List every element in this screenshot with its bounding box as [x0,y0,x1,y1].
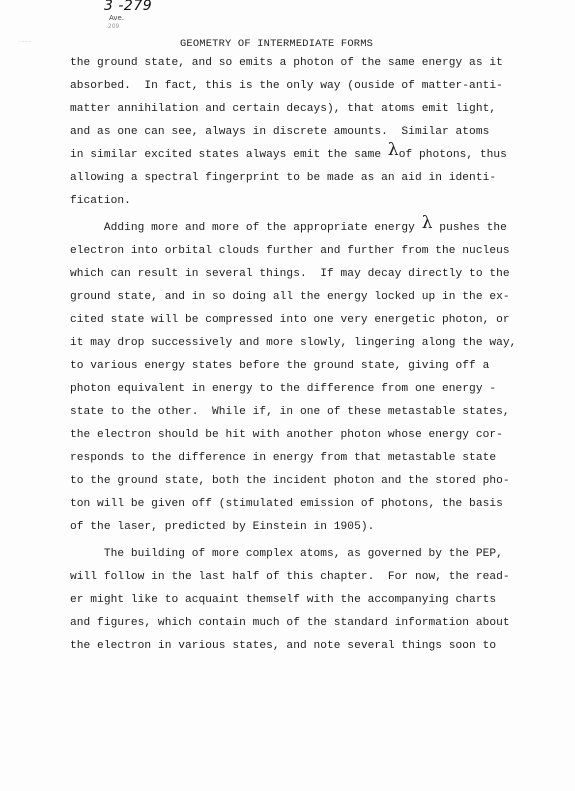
text-line: matter annihilation and certain decays),… [70,103,496,115]
text-line: which can result in several things. If m… [70,268,510,280]
archive-stamp-number: 3 -279 [104,0,152,14]
text-line: of the laser, predicted by Einstein in 1… [70,521,374,533]
text-line: er might like to acquaint themself with … [70,594,496,606]
text-line: fication. [70,195,131,207]
text-line: in similar excited states always emit th… [70,149,507,161]
text-line: photon equivalent in energy to the diffe… [70,383,496,395]
text-line: the electron should be hit with another … [70,429,503,441]
text-line: The building of more complex atoms, as g… [70,548,503,560]
text-line: cited state will be compressed into one … [70,314,510,326]
text-line: it may drop successively and more slowly… [70,337,516,349]
archive-stamp-label: Ave. [109,14,124,22]
text-line: to the ground state, both the incident p… [70,475,510,487]
text-line: responds to the difference in energy fro… [70,452,496,464]
text-line: Adding more and more of the appropriate … [70,222,507,234]
text-line: will follow in the last half of this cha… [70,571,510,583]
archive-stamp-sub: .209 [106,23,119,30]
lambda-symbol: λ [422,213,433,233]
text-line: to various energy states before the grou… [70,360,489,372]
document-page: 3 -279 Ave. .209 ···-·-·- GEOMETRY OF IN… [0,0,575,791]
text-segment: in similar excited states always emit th… [70,149,388,161]
text-line: ground state, and in so doing all the en… [70,291,510,303]
text-line: ton will be given off (stimulated emissi… [70,498,503,510]
text-line: and figures, which contain much of the s… [70,617,510,629]
text-line: electron into orbital clouds further and… [70,245,510,257]
text-line: and as one can see, always in discrete a… [70,126,489,138]
text-line: state to the other. While if, in one of … [70,406,510,418]
text-segment: of photons, thus [399,149,507,161]
text-line: the ground state, and so emits a photon … [70,57,503,69]
text-segment: pushes the [433,222,507,234]
lambda-symbol: λ [388,140,399,160]
text-line: absorbed. In fact, this is the only way … [70,80,503,92]
text-line: the electron in various states, and note… [70,640,496,652]
page-title: GEOMETRY OF INTERMEDIATE FORMS [180,38,373,50]
text-line: allowing a spectral fingerprint to be ma… [70,172,496,184]
margin-mark: ···-·-·- [18,39,31,45]
text-segment: Adding more and more of the appropriate … [70,222,422,234]
